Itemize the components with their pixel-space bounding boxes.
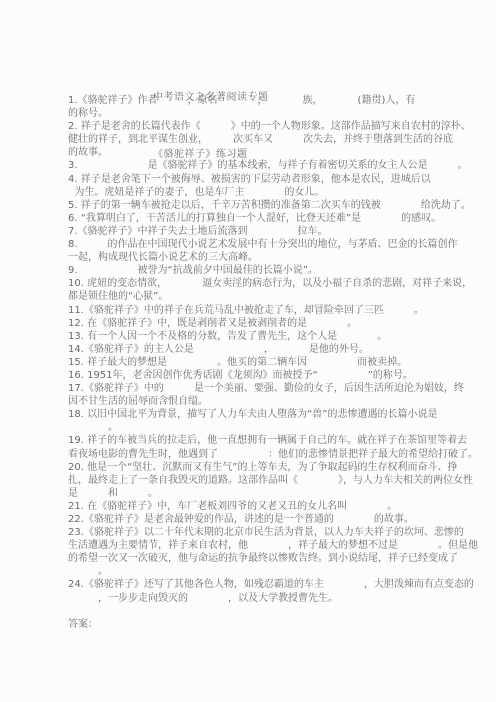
text-line: 18. 以旧中国北平为背景，描写了人力车夫由人堕落为“兽”的悲惨遭遇的长篇小说是	[68, 408, 463, 421]
text-line	[68, 605, 463, 618]
text-line: 扎，最终走上了一条自我毁灭的道路。这部作品叫《 》，与人力车夫相关的两位女性	[68, 474, 463, 487]
text-line: 11.《骆驼祥子》中的祥子在兵荒马乱中被抢走了车，却冒险牵回了三匹 。	[68, 304, 463, 317]
text-line: 13. 有一个人因一个不及格的分数，告发了曹先生，这个人是 。	[68, 330, 463, 343]
text-line: 答案：	[68, 618, 463, 631]
text-line: 17.《骆驼祥子》中的 是一个美丽、要强、勤俭的女子，后因生活所迫沦为娼妓，终	[68, 382, 463, 395]
text-line: 看夜场电影的曹先生时，他遇到了 ：他们的悲惨情景把祥子最大的希望给打破了。	[68, 448, 463, 461]
text-line: 为生。虎妞是祥子的妻子，也是车厂主 的女儿。	[68, 186, 463, 199]
text-line: 23.《骆驼祥子》以二十年代末期的北京市民生活为背景，以人力车夫祥子的坎坷、悲惨…	[68, 526, 463, 539]
text-line: 10. 虎妞的变态情欲， 逼女卖淫的病态行为，以及小福子自杀的悲剧，对祥子来说，	[68, 277, 463, 290]
text-line: 1.《骆驼祥子》作者 ，原名 ， 族， (籍贯)人，有	[68, 94, 463, 107]
text-line: 14.《骆驼祥子》的主人公是 ， 是他的外号。	[68, 343, 463, 356]
text-line: 3. 是《骆驼祥子》的基本线索，与祥子有着密切关系的女主人公是 。	[68, 159, 463, 172]
text-line: 4. 祥子是老舍笔下一个被侮辱、被损害的下层劳动者形象，他本是农民，进城后以	[68, 173, 463, 186]
text-line: 的希望一次又一次破灭，他与命运的抗争最终以惨败告终。到小说结尾，祥子已经变成了	[68, 552, 463, 565]
text-line: 22.《骆驼祥子》是老舍最钟爱的作品，讲述的是一个普通的 的故事。	[68, 513, 463, 526]
text-line: ，一步步走向毁灭的 ，以及大学教授曹先生。	[68, 592, 463, 605]
text-line: 的称号。	[68, 107, 463, 120]
text-line: 12. 在《骆驼祥子》中，既是剥削者又是被剥削者的是 。	[68, 317, 463, 330]
text-line: 16. 1951年，老舍因创作优秀话剧《龙须沟》而被授予“ ”的称号。	[68, 369, 463, 382]
document-page: 中考语文之名著阅读专题 《骆驼祥子》练习题 1.《骆驼祥子》作者 ，原名 ， 族…	[0, 0, 496, 702]
text-line: 24.《骆驼祥子》还写了其他各色人物，如残忍霸道的车主 ，大胆泼辣而有点变态的	[68, 578, 463, 591]
text-line: 7.《骆驼祥子》中祥子失去土地后流落到 拉车。	[68, 225, 463, 238]
text-line: 都是锁住他的“心狱”。	[68, 290, 463, 303]
text-line: 9. 被誉为“抗战前夕中国最佳的长篇小说”。	[68, 264, 463, 277]
text-line: 6. “我算明白了，干苦活儿的打算独自一个人混好，比登天还难”是 的感叹。	[68, 212, 463, 225]
text-line: 是 和 。	[68, 487, 463, 500]
text-line: 19. 祥子的车被当兵的拉走后，他一直想拥有一辆属于自己的车。就在祥子在茶馆里等…	[68, 434, 463, 447]
text-line: 5. 祥子的第一辆车被抢走以后，千辛万苦积攒的准备第二次买车的钱被 给洗劫了。	[68, 199, 463, 212]
document-body: 1.《骆驼祥子》作者 ，原名 ， 族， (籍贯)人，有的称号。2. 祥子是老舍的…	[68, 94, 463, 631]
text-line: 因不甘生活的屈辱而含恨自缢。	[68, 395, 463, 408]
text-line: 8. 的作品在中国现代小说艺术发展中有十分突出的地位，与茅盾、巴金的长篇创作	[68, 238, 463, 251]
text-line: 15. 祥子最大的梦想是 。他买的第二辆车因 而被卖掉。	[68, 356, 463, 369]
text-line: 生活遭遇为主要情节，祥子来自农村，他 ，祥子最大的梦想不过是 。但是他	[68, 539, 463, 552]
text-line: 健壮的祥子，到北平谋生创业， 次买车又 次失去，并终于堕落到生活的谷底	[68, 133, 463, 146]
text-line: 的故事。	[68, 146, 463, 159]
text-line: 。	[68, 565, 463, 578]
text-line: 。	[68, 421, 463, 434]
text-line: 21. 在《骆驼祥子》中，车厂老板刘四爷的又老又丑的女儿名叫 。	[68, 500, 463, 513]
text-line: 2. 祥子是老舍的长篇代表作《 》中的一个人物形象。这部作品描写来自农村的淳朴、	[68, 120, 463, 133]
text-line: 20. 他是一个“坚壮、沉默而又有生气”的上等车夫，为了争取起码的生存权利而奋斗…	[68, 461, 463, 474]
text-line: 一起，构成现代长篇小说艺术的三大高峰。	[68, 251, 463, 264]
